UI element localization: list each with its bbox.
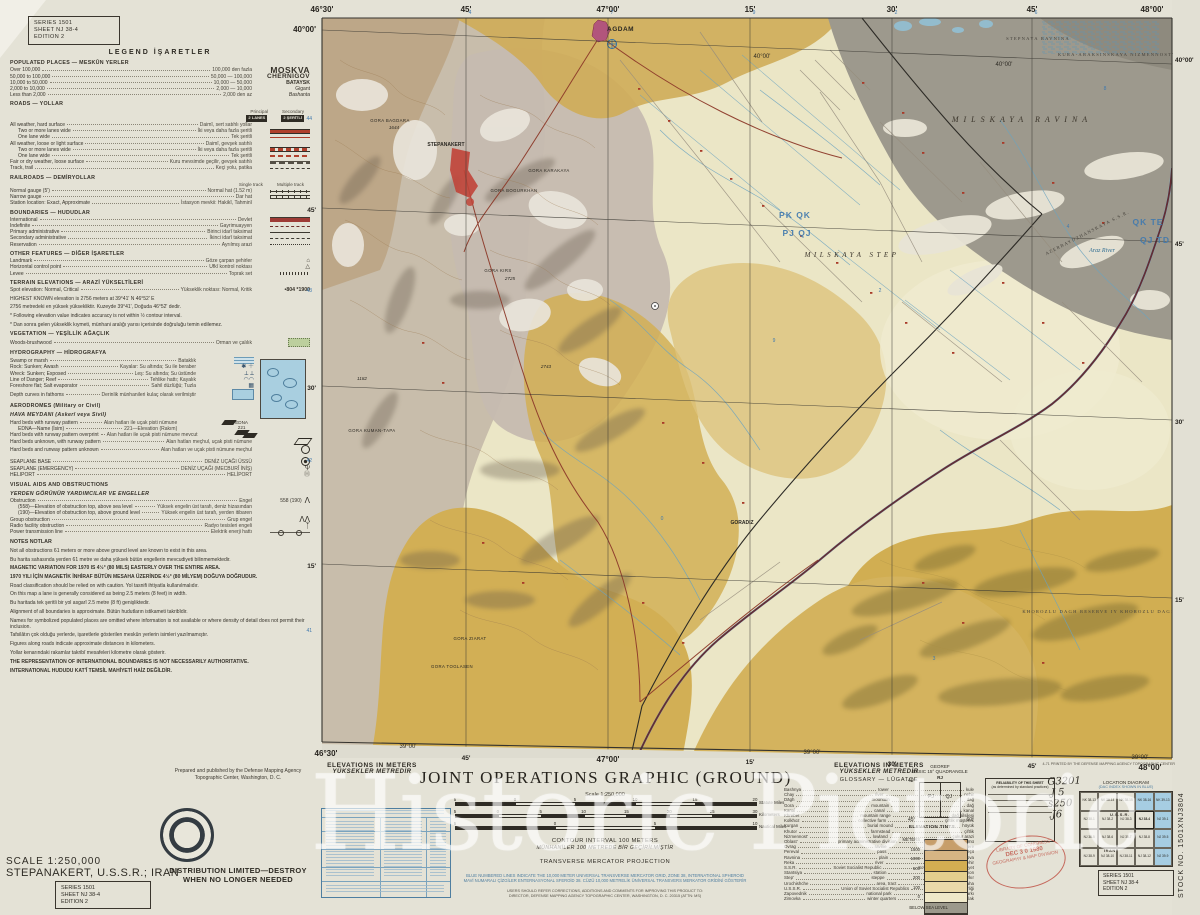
legend-section: TERRAIN ELEVATIONS — ARAZİ YÜKSELTİLERİS…	[10, 280, 310, 328]
map-label: KURA-ARAKSINSKAYA NIZMENNOST'	[1058, 52, 1174, 57]
map-label: GORA KARAKAYA	[528, 168, 569, 173]
circf-symbol	[301, 457, 310, 466]
legend-item: Power transmission lineElektrik enerji h…	[10, 529, 310, 535]
utm-grid-note: BLUE NUMBERED LINES INDICATE THE 10,000 …	[420, 873, 790, 883]
georef-corner: 40°	[908, 779, 916, 784]
rw-symbol	[221, 420, 237, 425]
right-margin	[1172, 0, 1200, 915]
contour-interval-tr: MÜNHANİLER 100 METREDE BİR GEÇİRİLMİŞTİR	[420, 845, 790, 852]
dma-seal	[160, 808, 214, 862]
legend-item: Track, trailKeçi yolu, patika	[10, 165, 310, 171]
map-label: KHOROZLU DAGH RESERVE IY KHOROZLU DAGI	[1022, 609, 1173, 614]
georef-cell: PJ	[928, 795, 934, 800]
agdam-urban-area	[592, 20, 610, 42]
map-neatline	[322, 18, 1172, 758]
legend-section-heading: HYDROGRAPHY — HİDROGRAFYA	[10, 350, 310, 356]
tint-column	[924, 839, 968, 915]
road2-symbol	[270, 129, 310, 134]
legend-item: Hard beds unknown, with runway patternAl…	[10, 438, 310, 445]
legend-section: VISUAL AIDS AND OBSTRUCTIONSYERDEN GÖRÜN…	[10, 482, 310, 536]
users-note: USERS SHOULD REFER CORRECTIONS, ADDITION…	[420, 889, 790, 899]
location-grid-cell: NK 38-15	[1117, 792, 1135, 811]
edition-line: EDITION 2	[34, 34, 114, 41]
road1d-symbol	[270, 155, 310, 157]
map-label: Araz River	[1088, 248, 1115, 254]
roadf-symbol	[270, 161, 310, 164]
legend-section: ROADS — YOLLARPrincipalSecondary2 LANES2…	[10, 101, 310, 171]
location-diagram-subtitle: (DAC INDEX SHOWN IN BLUE)	[1076, 785, 1176, 789]
location-grid-cell: NJ 38-11	[1117, 848, 1135, 867]
map-label: GORA KUMAN-TAPA	[348, 428, 395, 433]
prepared-by-note: Prepared and published by the Defense Ma…	[118, 768, 358, 781]
map-sheet: SERIES 1501 SHEET NJ 38-4 EDITION 2 LEGE…	[0, 0, 1200, 915]
map-label: MILSKAYA RAVINA	[951, 115, 1092, 124]
location-grid-cell: NJ 39-1	[1154, 811, 1172, 830]
scale-text: Scale 1:250,000	[420, 792, 790, 798]
map-label: 8	[1104, 86, 1107, 92]
map-label: AGDAM	[607, 26, 634, 33]
map-label: 3	[933, 656, 936, 662]
georef-cell: QJ	[946, 795, 952, 800]
series-line: SERIES 1501	[34, 20, 114, 27]
map-label: PK QK	[779, 210, 811, 220]
sheet-line: SHEET NJ 38-4	[61, 892, 145, 899]
location-grid-cell: NK 38-13	[1080, 792, 1098, 811]
legend-sections: POPULATED PLACES — MESKÛN YERLEROver 100…	[10, 60, 310, 674]
legend-section: VEGETATION — YEŞİLLİK AĞAÇLIKWoods-brush…	[10, 331, 310, 347]
depth-symbol	[232, 389, 254, 400]
legend-section-heading: RAILROADS — DEMİRYOLLAR	[10, 175, 310, 181]
legend-section-heading: VEGETATION — YEŞİLLİK AĞAÇLIK	[10, 331, 310, 337]
map-label: GORA KIRS	[484, 268, 511, 273]
map-label: 40°00'	[754, 54, 771, 60]
woods-symbol	[288, 338, 310, 347]
tint-band	[925, 851, 967, 862]
location-grid-cell: NJ 39-5	[1154, 829, 1172, 848]
bpri-symbol	[270, 232, 310, 233]
legend-section: OTHER FEATURES — DİĞER İŞARETLERLandmark…	[10, 251, 310, 277]
rr2-symbol	[270, 195, 310, 199]
legend-section-heading: VISUAL AIDS AND OBSTRUCTIONS	[10, 482, 310, 488]
map-label: STEPANAKERT	[427, 142, 464, 148]
map-label: 39°00'	[804, 750, 821, 756]
obst-symbol: Λ	[305, 498, 310, 504]
legend-section-heading: OTHER FEATURES — DİĞER İŞARETLER	[10, 251, 310, 257]
location-grid-cell: NJ 38-5	[1080, 829, 1098, 848]
stock-number: STOCK NO. 1501XNJ3804	[1178, 778, 1185, 898]
legend-item: Spot elevation: Normal, CriticalYüksekli…	[10, 287, 310, 293]
road2d-symbol	[270, 147, 310, 152]
legend-section-heading: BOUNDARIES — HUDUDLAR	[10, 210, 310, 216]
location-grid: NK 38-13NK 38-14NK 38-15NK 38-16NK 39-13…	[1079, 791, 1173, 867]
legend-item: Swamp or marshBataklık	[10, 357, 254, 364]
map-label: 40°00'	[996, 62, 1013, 68]
sheet-line: SHEET NJ 38-4	[34, 27, 114, 34]
legend-item: LeveeToprak set	[10, 271, 310, 277]
control-point-icon	[652, 303, 659, 310]
tint-label: 1500	[911, 847, 920, 852]
tint-label: 500	[913, 866, 920, 871]
rwq-symbol	[294, 438, 313, 445]
legend-section: HYDROGRAPHY — HİDROGRAFYASwamp or marshB…	[10, 350, 310, 400]
map-label: 9	[773, 338, 776, 344]
scale-bar: 5051015202530Kilometers	[455, 814, 755, 818]
location-grid-cell: NK 39-13	[1154, 792, 1172, 811]
map-label: AZERBAYDZHANSKAYA S.S.R.	[1045, 209, 1131, 256]
legend-section: SEAPLANE BASEDENİZ UÇAĞI ÜSSÜSEAPLANE (E…	[10, 457, 310, 478]
map-series-title: JOINT OPERATIONS GRAPHIC (GROUND)	[420, 768, 790, 788]
village-dots	[422, 82, 1104, 664]
track-symbol	[270, 168, 310, 169]
tint-band	[925, 840, 967, 851]
series-box-bottom: SERIES 1501 SHEET NJ 38-4 EDITION 2	[55, 881, 151, 909]
legend-section-heading: ROADS — YOLLAR	[10, 101, 310, 107]
tint-band	[925, 882, 967, 893]
series-box: SERIES 1501 SHEET NJ 38-4 EDITION 2	[28, 16, 120, 45]
sheet-name: STEPANAKERT, U.S.S.R.; IRAN	[6, 867, 346, 879]
reliability-subtitle: (as determined by standard practices)	[988, 785, 1052, 789]
scale-bars: 505101520Statute Miles5051015202530Kilom…	[420, 802, 790, 830]
map-label: 2725	[504, 276, 516, 281]
scale-bar: 505101520Statute Miles	[455, 802, 755, 806]
map-label: 2	[879, 288, 882, 294]
power-symbol	[270, 530, 310, 535]
utm-grid-note-tr: MAVİ NUMARALI ÇİZGİLER ENTERNASYONAL SFE…	[420, 878, 790, 883]
map-label: MILSKAYA STEP	[804, 251, 900, 259]
legend-item: Less than 2,0002,000 den azBashanta	[10, 92, 310, 98]
legend-section: RAILROADS — DEMİRYOLLARSingle trackMulti…	[10, 175, 310, 207]
location-grid-cell: NJ 39-9	[1154, 848, 1172, 867]
location-grid-cell: NJ 38-9	[1080, 848, 1098, 867]
map-label: GORA ZIARAT	[454, 636, 487, 641]
aerodrome-icon	[608, 40, 617, 49]
edition-line: EDITION 2	[1103, 886, 1169, 893]
legend-item: Hard beds with runway pattern overprintA…	[10, 432, 235, 438]
legend-section: BOUNDARIES — HUDUDLARInternationalDevlet…	[10, 210, 310, 248]
location-grid-cell: NJ 38-1	[1080, 811, 1098, 830]
printed-by-note: 4-71 PRINTED BY THE DEFENSE MAPPING AGEN…	[830, 762, 1175, 766]
glyph-symbol: Ⓗ	[304, 472, 310, 478]
map-label: GORA TOGLASEN	[431, 664, 473, 669]
tint-band	[925, 872, 967, 883]
stepanakert-urban-area	[450, 148, 478, 198]
tint-label: METERS	[903, 837, 920, 842]
location-grid-cell: NJ 38-7	[1117, 829, 1135, 848]
legend-item: Woods-brushwoodOrman ve çalılık	[10, 338, 310, 347]
map-label: QJ TD	[1140, 235, 1170, 245]
obst-symbol: ᛉ	[305, 523, 310, 529]
georef-diagram: GEOREF BASIC 15° QUADRANGLE RJ PJ QJ 40°…	[905, 764, 975, 818]
map-label: 1182	[357, 376, 367, 381]
tint-label: 0	[918, 894, 920, 899]
map-label: 39°00'	[400, 744, 417, 750]
map-label: GORA BAGDARA	[370, 118, 409, 123]
title-block: JOINT OPERATIONS GRAPHIC (GROUND) Scale …	[420, 768, 790, 899]
bsec-symbol	[270, 238, 310, 239]
top-margin	[322, 0, 1200, 18]
tint-band	[925, 861, 967, 872]
georef-corner: 45°	[908, 818, 916, 823]
contour-interval: CONTOUR INTERVAL 100 METERS	[420, 838, 790, 845]
legend-section-heading: POPULATED PLACES — MESKÛN YERLER	[10, 60, 310, 66]
tint-band	[925, 893, 967, 904]
prepared-2: Topographic Center, Washington, D. C.	[118, 775, 358, 782]
legend-item: Station location: Exact, Approximateİsta…	[10, 200, 310, 206]
map-label: GORADIZ	[730, 520, 753, 526]
location-grid-cell: NJ 38-12	[1135, 848, 1153, 867]
tint-label: 1000	[911, 856, 920, 861]
location-diagram: LOCATION DIAGRAM (DAC INDEX SHOWN IN BLU…	[1076, 780, 1176, 867]
series-line: SERIES 1501	[61, 885, 145, 892]
legend-title: LEGEND İŞARETLER	[10, 50, 310, 56]
map-label: 1644	[389, 125, 400, 130]
scale-bar: 50510Nautical Miles	[455, 826, 755, 830]
legend-item: SEAPLANE BASEDENİZ UÇAĞI ÜSSÜ	[10, 457, 310, 466]
circ-symbol	[301, 445, 310, 454]
bres-symbol	[270, 244, 310, 245]
tint-label: 200	[913, 875, 920, 880]
location-grid-cell: NK 38-14	[1098, 792, 1116, 811]
rr1-symbol	[270, 190, 310, 193]
georef-quad-box: PJ QJ 40° 45° 60°	[919, 782, 961, 818]
legend-panel: LEGEND İŞARETLER POPULATED PLACES — MESK…	[10, 50, 310, 674]
map-label: STEPNAYA RAVNINA	[1006, 36, 1070, 41]
rw-symbol	[242, 433, 258, 438]
road1-symbol	[270, 137, 310, 139]
map-label: 0	[661, 516, 664, 522]
location-grid-cell: NJ 38-8	[1135, 829, 1153, 848]
location-grid-cell: NJ 38-4	[1135, 811, 1153, 830]
map-label: 2743	[540, 364, 552, 369]
contour-note: CONTOUR INTERVAL 100 METERS MÜNHANİLER 1…	[420, 838, 790, 852]
legend-item: Depth curves in fathomsDerinlik münhanil…	[10, 389, 254, 400]
bind-symbol	[270, 226, 310, 227]
levee-symbol	[280, 272, 310, 275]
legend-section: POPULATED PLACES — MESKÛN YERLEROver 100…	[10, 60, 310, 98]
map-terrain	[322, 18, 1172, 760]
users-note-2: DIRECTOR, DEFENSE MAPPING AGENCY TOPOGRA…	[420, 894, 790, 899]
hydrography-sample	[260, 359, 306, 419]
legend-section-heading: TERRAIN ELEVATIONS — ARAZİ YÜKSELTİLERİ	[10, 280, 310, 286]
map-label: 4	[1067, 224, 1070, 230]
bint-symbol	[270, 217, 310, 222]
tint-label: 100	[913, 885, 920, 890]
legend-item: Hard beds and runway pattern unknownAlan…	[10, 445, 310, 454]
projection-note: TRANSVERSE MERCATOR PROJECTION	[420, 859, 790, 865]
reliability-box: RELIABILITY OF THIS SHEET (as determined…	[985, 778, 1055, 842]
map-label: GORA BOGURKHAN	[491, 188, 538, 193]
map-label: PJ QJ	[782, 228, 811, 238]
hcp-symbol: △	[305, 264, 310, 270]
location-grid-cell: NK 38-16	[1135, 792, 1153, 811]
legend-item: HELIPORTHELİPORTⒽ	[10, 472, 310, 478]
elevation-tints: ELEVATION TINTS METERS150010005002001000…	[886, 824, 978, 909]
georef-corner: 60°	[966, 818, 974, 823]
edition-line: EDITION 2	[61, 899, 145, 906]
location-grid-cell: NJ 38-6	[1098, 829, 1116, 848]
scale-label: SCALE 1:250,000	[6, 856, 346, 867]
series-box-location: SERIES 1501 SHEET NJ 38-4 EDITION 2	[1098, 870, 1174, 896]
scale-block: SCALE 1:250,000 STEPANAKERT, U.S.S.R.; I…	[6, 856, 346, 879]
map-labels: 46°30'45'47°00'15'30'45'48°00'40°00'45'3…	[293, 5, 1194, 772]
map-label: QK TE	[1133, 217, 1164, 227]
legend-item: ReservationAyrılmış arazi	[10, 242, 310, 248]
